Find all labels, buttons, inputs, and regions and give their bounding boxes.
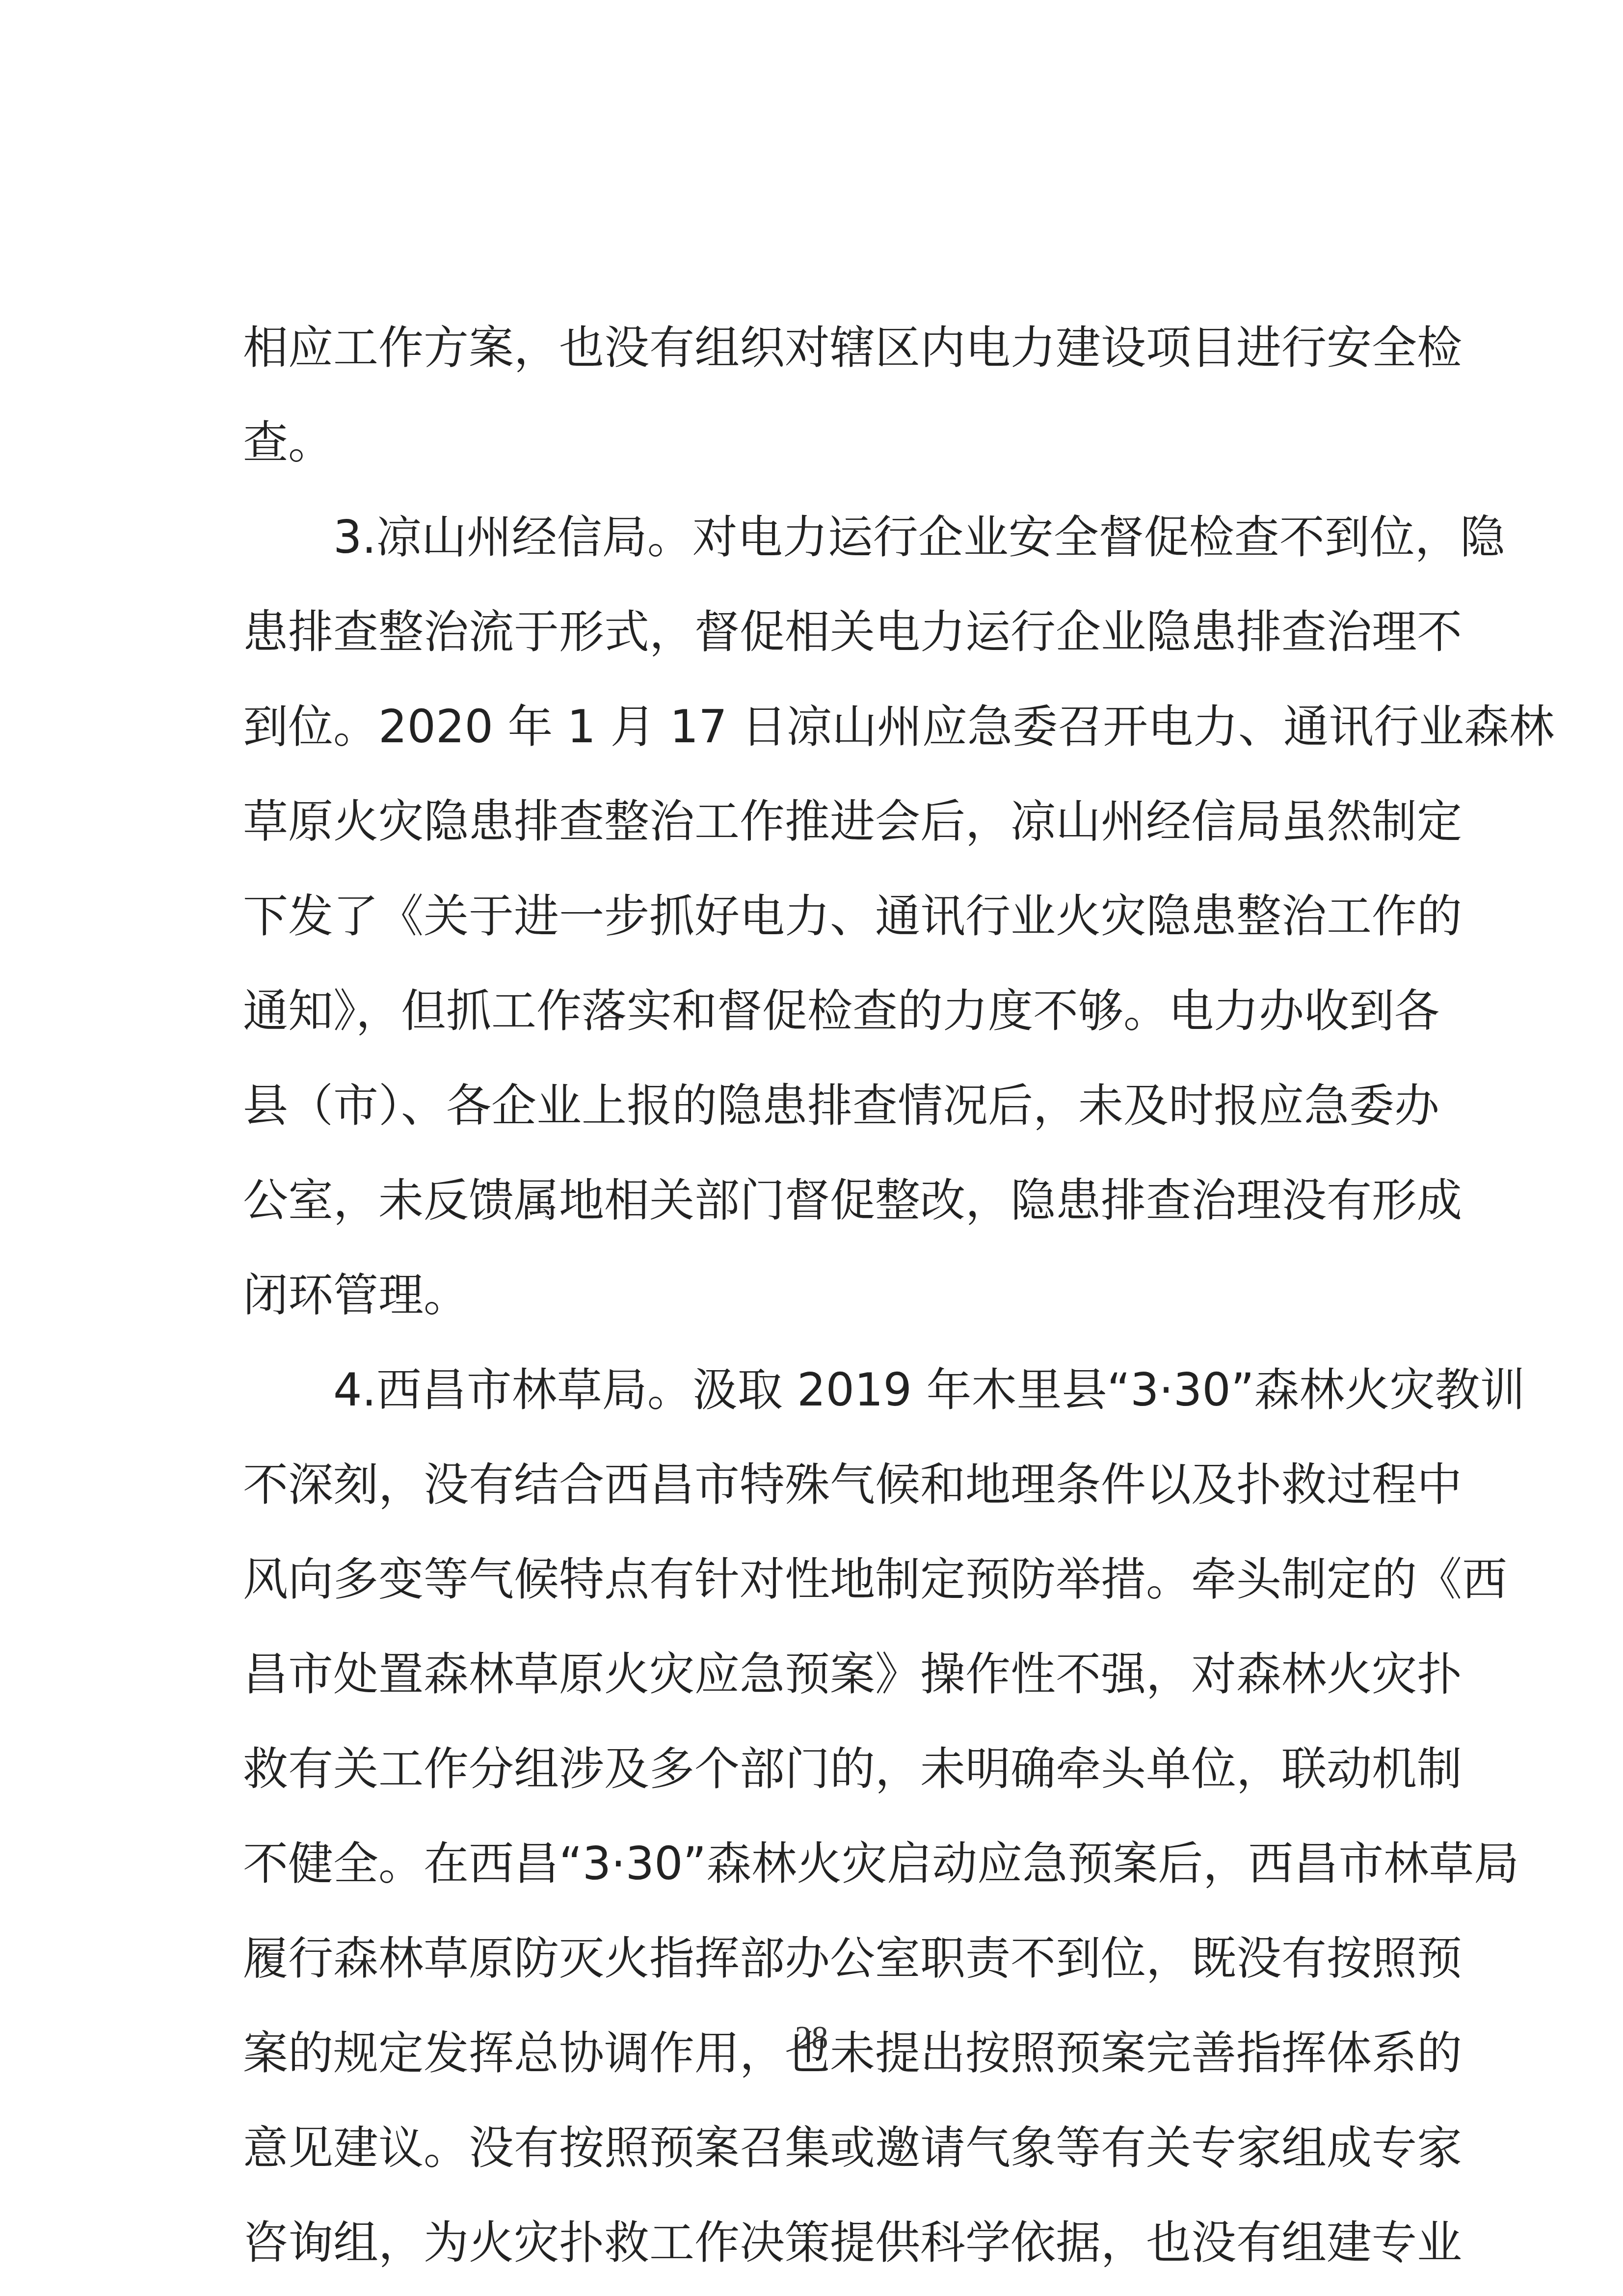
text-line: 草原火灾隐患排查整治工作推进会后，凉山州经信局虽然制定 bbox=[243, 774, 1386, 869]
document-page: 相应工作方案，也没有组织对辖区内电力建设项目进行安全检 查。 3.凉山州经信局。… bbox=[0, 0, 1623, 2296]
body-text: 相应工作方案，也没有组织对辖区内电力建设项目进行安全检 查。 3.凉山州经信局。… bbox=[243, 300, 1386, 2290]
page-number: 28 bbox=[0, 2018, 1623, 2057]
item-4-first-line: 4.西昌市林草局。汲取 2019 年木里县“3·30”森林火灾教训 bbox=[243, 1343, 1386, 1437]
text-line: 履行森林草原防灭火指挥部办公室职责不到位，既没有按照预 bbox=[243, 1911, 1386, 2006]
text-line: 救有关工作分组涉及多个部门的，未明确牵头单位，联动机制 bbox=[243, 1722, 1386, 1816]
text-line: 昌市处置森林草原火灾应急预案》操作性不强，对森林火灾扑 bbox=[243, 1627, 1386, 1722]
text-line: 不深刻，没有结合西昌市特殊气候和地理条件以及扑救过程中 bbox=[243, 1437, 1386, 1532]
text-line: 患排查整治流于形式，督促相关电力运行企业隐患排查治理不 bbox=[243, 585, 1386, 679]
text-line: 县（市）、各企业上报的隐患排查情况后，未及时报应急委办 bbox=[243, 1058, 1386, 1153]
text-line: 通知》，但抓工作落实和督促检查的力度不够。电力办收到各 bbox=[243, 964, 1386, 1058]
text-line: 查。 bbox=[243, 395, 1386, 490]
text-line: 意见建议。没有按照预案召集或邀请气象等有关专家组成专家 bbox=[243, 2101, 1386, 2195]
text-line: 闭环管理。 bbox=[243, 1248, 1386, 1343]
text-line: 到位。2020 年 1 月 17 日凉山州应急委召开电力、通讯行业森林 bbox=[243, 679, 1386, 774]
text-line: 咨询组，为火灾扑救工作决策提供科学依据，也没有组建专业 bbox=[243, 2195, 1386, 2290]
text-line: 相应工作方案，也没有组织对辖区内电力建设项目进行安全检 bbox=[243, 300, 1386, 395]
text-line: 公室，未反馈属地相关部门督促整改，隐患排查治理没有形成 bbox=[243, 1153, 1386, 1248]
text-line: 风向多变等气候特点有针对性地制定预防举措。牵头制定的《西 bbox=[243, 1532, 1386, 1627]
item-3-first-line: 3.凉山州经信局。对电力运行企业安全督促检查不到位，隐 bbox=[243, 490, 1386, 585]
text-line: 不健全。在西昌“3·30”森林火灾启动应急预案后，西昌市林草局 bbox=[243, 1816, 1386, 1911]
text-line: 下发了《关于进一步抓好电力、通讯行业火灾隐患整治工作的 bbox=[243, 869, 1386, 964]
